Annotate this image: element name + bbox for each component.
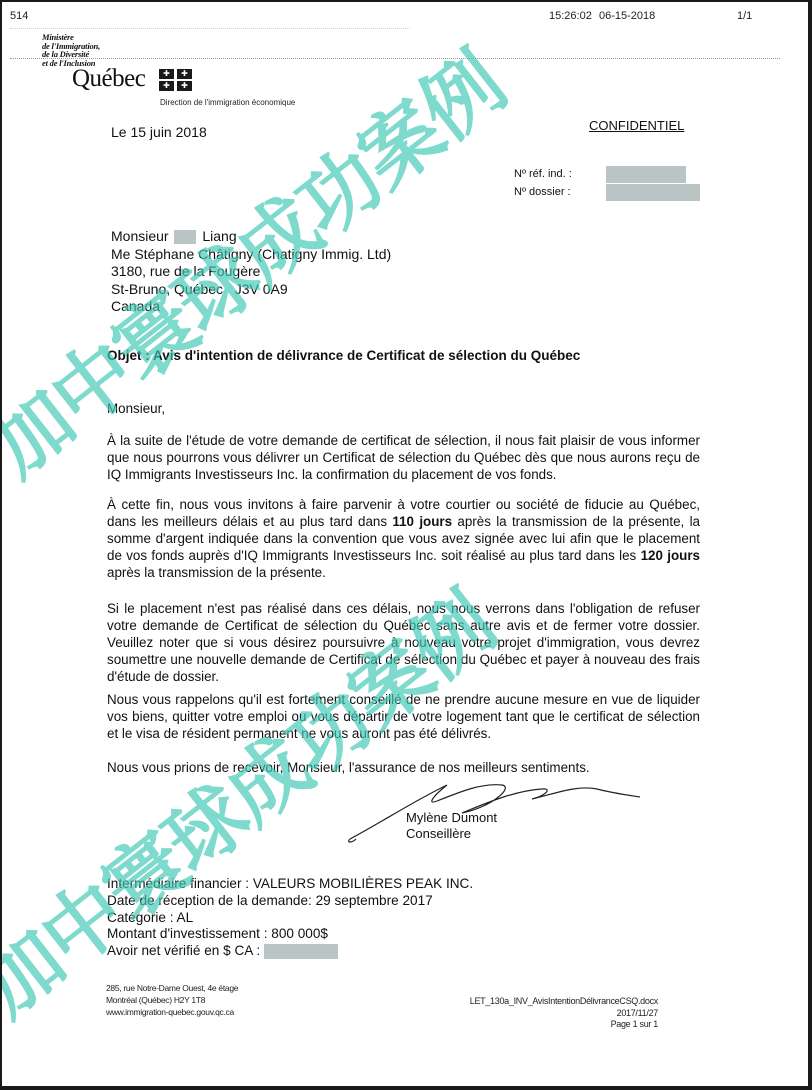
redacted-first-name: [174, 230, 196, 244]
reception-date: Date de réception de la demande: 29 sept…: [107, 893, 473, 910]
document-date: 2017/11/27: [470, 1008, 658, 1020]
dossier-label: Nº dossier :: [514, 183, 572, 201]
fax-dotted-rule: [10, 28, 410, 29]
direction-name: Direction de l'immigration économique: [160, 98, 295, 107]
recipient-name-line: Monsieur Liang: [111, 228, 391, 246]
fax-date: 06-15-2018: [599, 10, 655, 22]
salutation: Monsieur,: [107, 400, 700, 417]
letter-page: 514 15:26:02 06-15-2018 1/1 Ministère de…: [2, 2, 808, 1086]
ministry-name: Ministère de l'Immigration, de la Divers…: [42, 33, 100, 67]
investment-amount: Montant d'investissement : 800 000$: [107, 926, 473, 943]
paragraph-2: À cette fin, nous vous invitons à faire …: [107, 496, 700, 581]
subject-line: Objet : Avis d'intention de délivrance d…: [107, 348, 580, 363]
redacted-net-worth: [264, 944, 338, 959]
category: Catégorie : AL: [107, 910, 473, 927]
text-span: après la transmission de la présente.: [107, 565, 326, 580]
address-line: Canada: [111, 298, 391, 316]
fax-dotted-rule: [10, 58, 780, 59]
paragraph-3: Si le placement n'est pas réalisé dans c…: [107, 600, 700, 685]
footer-website: www.immigration-quebec.gouv.qc.ca: [106, 1006, 238, 1018]
redacted-dossier-number: [606, 184, 700, 201]
reference-block: Nº réf. ind. : Nº dossier :: [514, 165, 572, 201]
footer-address: 285, rue Notre-Dame Ouest, 4e étage Mont…: [106, 982, 238, 1018]
address-line: Me Stéphane Châtigny (Chatigny Immig. Lt…: [111, 246, 391, 264]
fax-time: 15:26:02: [549, 10, 592, 22]
confidential-label: CONFIDENTIEL: [589, 118, 684, 133]
address-line: St-Bruno, Québec J3V 0A9: [111, 281, 391, 299]
paragraph-1: À la suite de l'étude de votre demande d…: [107, 432, 700, 483]
signer-block: Mylène Dumont Conseillère: [406, 810, 497, 842]
recipient-address: Monsieur Liang Me Stéphane Châtigny (Cha…: [111, 228, 391, 316]
fax-sender-id: 514: [10, 10, 28, 22]
page-number: Page 1 sur 1: [470, 1019, 658, 1031]
net-worth-label: Avoir net vérifié en $ CA :: [107, 943, 260, 958]
deadline-120-days: 120 jours: [641, 548, 700, 563]
net-worth-line: Avoir net vérifié en $ CA :: [107, 943, 473, 960]
deadline-110-days: 110 jours: [392, 514, 452, 529]
footer-address-line: 285, rue Notre-Dame Ouest, 4e étage: [106, 982, 238, 994]
fax-page-count: 1/1: [737, 10, 752, 22]
financial-intermediary: Intermédiaire financier : VALEURS MOBILI…: [107, 876, 473, 893]
footer-document-ref: LET_130a_INV_AvisIntentionDélivranceCSQ.…: [470, 996, 658, 1031]
paragraph-4: Nous vous rappelons qu'il est fortement …: [107, 691, 700, 742]
redacted-ref-number: [606, 166, 686, 183]
quebec-logo: Québec: [72, 65, 145, 93]
footer-address-line: Montréal (Québec) H2Y 1T8: [106, 994, 238, 1006]
recipient-title: Monsieur: [111, 228, 169, 244]
address-line: 3180, rue de la Fougère: [111, 263, 391, 281]
file-details: Intermédiaire financier : VALEURS MOBILI…: [107, 876, 473, 960]
document-filename: LET_130a_INV_AvisIntentionDélivranceCSQ.…: [470, 996, 658, 1008]
letter-date: Le 15 juin 2018: [111, 124, 207, 140]
closing-paragraph: Nous vous prions de recevoir, Monsieur, …: [107, 759, 700, 776]
fleur-de-lis-flag-icon: ✚ ✚ ✚ ✚: [159, 69, 193, 91]
ref-label: Nº réf. ind. :: [514, 165, 572, 183]
signer-name: Mylène Dumont: [406, 810, 497, 826]
signer-title: Conseillère: [406, 826, 497, 842]
recipient-surname: Liang: [202, 228, 236, 244]
